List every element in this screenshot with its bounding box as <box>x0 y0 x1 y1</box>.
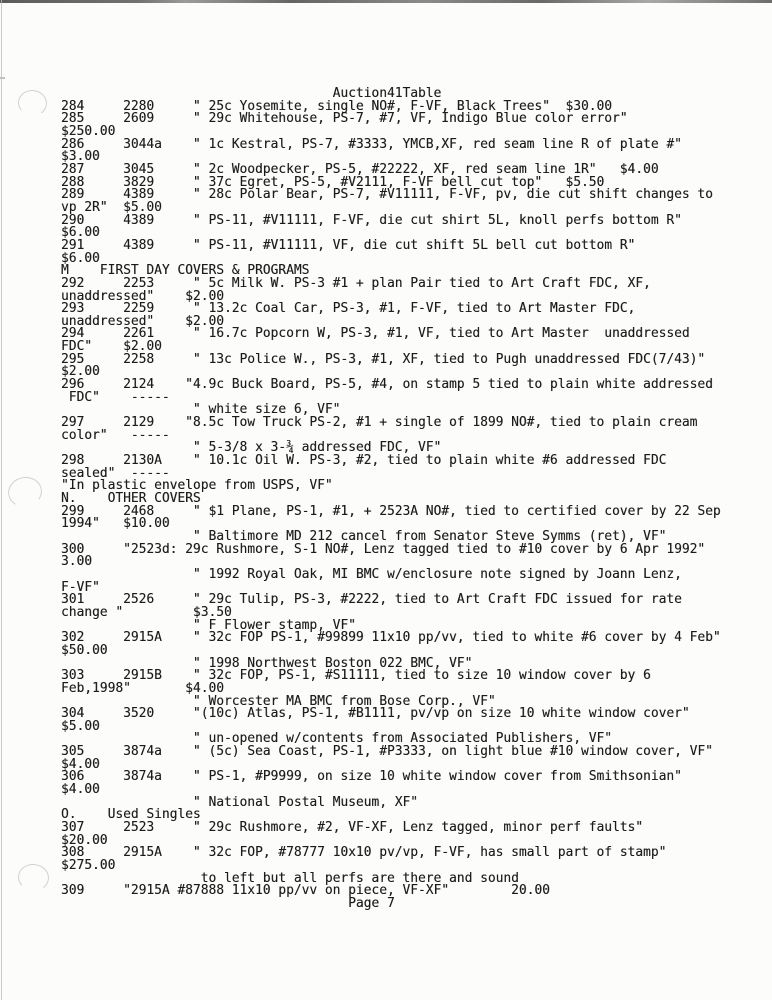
scan-top-edge-artifact <box>0 0 772 3</box>
scan-edge-tick <box>0 77 5 79</box>
scan-left-edge-line <box>1 0 2 1000</box>
doc-line: 285 2609 " 29c Whitehouse, PS-7, #7, VF,… <box>61 113 721 126</box>
doc-line: 305 3874a " (5c) Sea Coast, PS-1, #P3333… <box>61 746 721 759</box>
page-number: Page 7 <box>61 898 721 911</box>
doc-line: 300 "2523d: 29c Rushmore, S-1 NO#, Lenz … <box>61 544 721 557</box>
punch-hole-mark <box>17 862 51 892</box>
doc-line: 307 2523 " 29c Rushmore, #2, VF-XF, Lenz… <box>61 822 721 835</box>
doc-line: 306 3874a " PS-1, #P9999, on size 10 whi… <box>61 771 721 784</box>
scanned-document-page: { "colors": { "ink": "#1b1b1b", "paper":… <box>0 0 772 1000</box>
punch-hole-mark <box>16 88 48 118</box>
doc-line: 304 3520 "(10c) Atlas, PS-1, #B1111, pv/… <box>61 708 721 721</box>
doc-line: 295 2258 " 13c Police W., PS-3, #1, XF, … <box>61 354 721 367</box>
doc-line: 291 4389 " PS-11, #V11111, VF, die cut s… <box>61 240 721 253</box>
punch-hole-mark <box>5 474 44 510</box>
doc-line: 302 2915A " 32c FOP PS-1, #99899 11x10 p… <box>61 632 721 645</box>
doc-line: " 1992 Royal Oak, MI BMC w/enclosure not… <box>61 569 721 582</box>
document-text: Auction41Table284 2280 " 25c Yosemite, s… <box>61 88 721 911</box>
doc-line: 286 3044a " 1c Kestral, PS-7, #3333, YMC… <box>61 139 721 152</box>
doc-line: 290 4389 " PS-11, #V11111, F-VF, die cut… <box>61 215 721 228</box>
doc-line: 308 2915A " 32c FOP, #78777 10x10 pv/vp,… <box>61 847 721 860</box>
